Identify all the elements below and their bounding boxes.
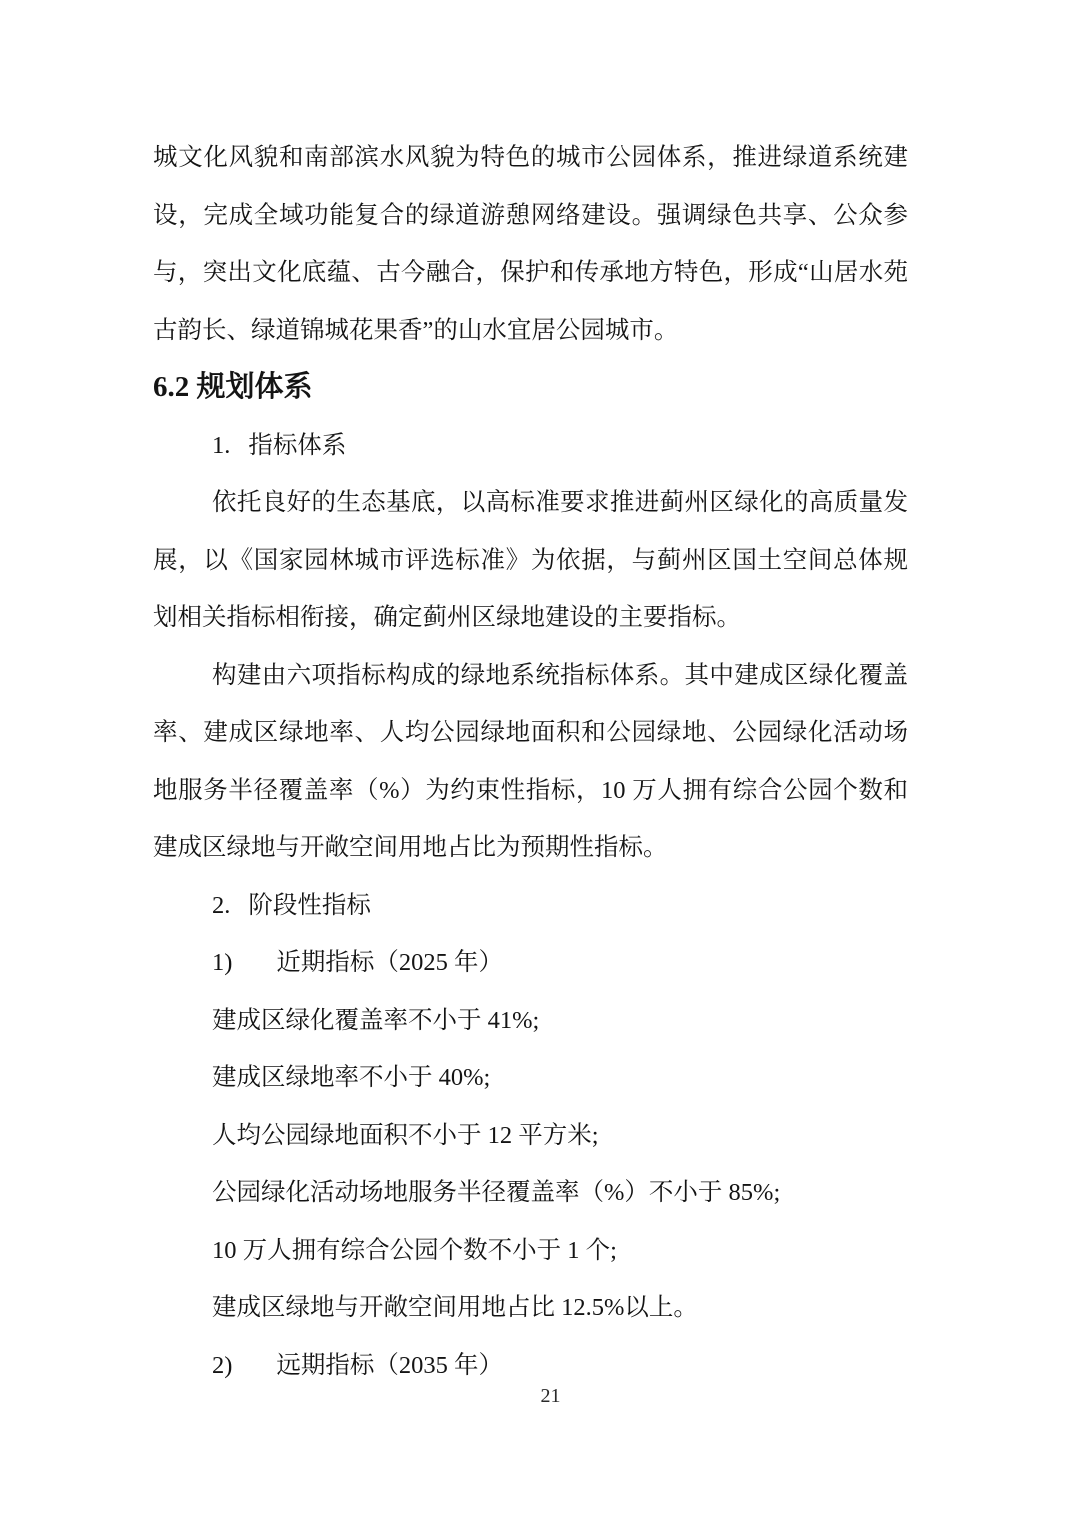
paragraph: 建成区绿地率不小于 40%; [153,1049,908,1107]
paragraph: 构建由六项指标构成的绿地系统指标体系。其中建成区绿化覆盖率、建成区绿地率、人均公… [153,647,908,877]
list-item: 2.阶段性指标 [153,877,908,935]
section-heading: 6.2 规划体系 [153,359,908,417]
list-prefix: 1. [212,432,230,459]
paragraph: 建成区绿地与开敞空间用地占比 12.5%以上。 [153,1279,908,1337]
document-body: 城文化风貌和南部滨水风貌为特色的城市公园体系，推进绿道系统建设，完成全域功能复合… [153,129,908,1394]
list-item-label: 近期指标（2025 年） [276,949,503,976]
page: 城文化风貌和南部滨水风貌为特色的城市公园体系，推进绿道系统建设，完成全域功能复合… [0,0,1074,1520]
paragraph: 公园绿化活动场地服务半径覆盖率（%）不小于 85%; [153,1164,908,1222]
paragraph: 建成区绿化覆盖率不小于 41%; [153,992,908,1050]
page-number: 21 [173,1386,928,1406]
paragraph: 依托良好的生态基底，以高标准要求推进蓟州区绿化的高质量发展，以《国家园林城市评选… [153,474,908,647]
document-page: { "page": { "number": "21", "background_… [0,0,1074,1520]
list-prefix: 2. [212,892,230,919]
paragraph: 人均公园绿地面积不小于 12 平方米; [153,1107,908,1165]
list-prefix: 2) [212,1352,232,1379]
list-item-label: 远期指标（2035 年） [276,1352,503,1379]
paragraph: 10 万人拥有综合公园个数不小于 1 个; [153,1222,908,1280]
list-item-label: 阶段性指标 [248,892,371,919]
paragraph: 城文化风貌和南部滨水风貌为特色的城市公园体系，推进绿道系统建设，完成全域功能复合… [153,129,908,359]
list-item: 1.指标体系 [153,417,908,475]
list-prefix: 1) [212,949,232,976]
list-item: 1)近期指标（2025 年） [153,934,908,992]
list-item-label: 指标体系 [248,432,346,459]
